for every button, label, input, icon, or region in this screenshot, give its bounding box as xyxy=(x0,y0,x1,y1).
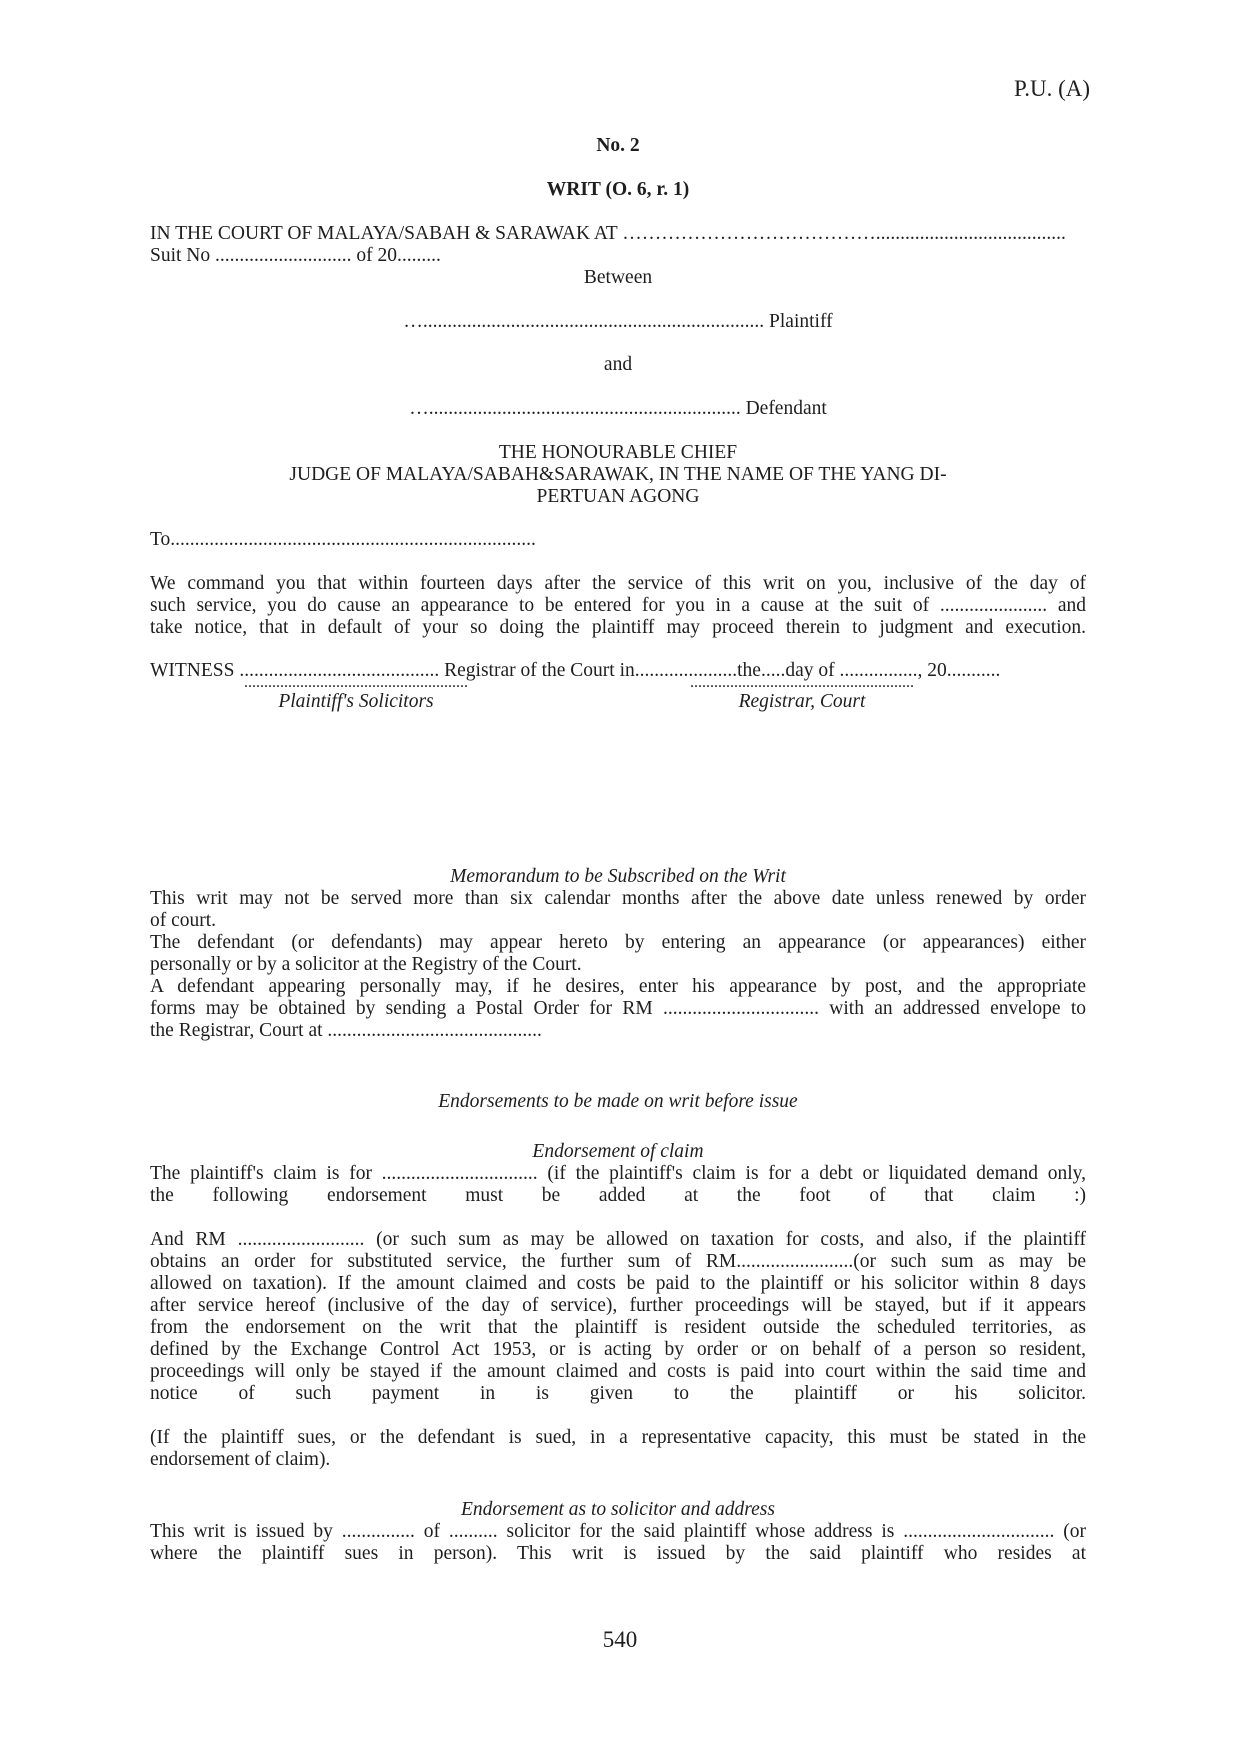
to-line: To......................................… xyxy=(150,528,1086,553)
document-page: P.U. (A) No. 2 WRIT (O. 6, r. 1) IN THE … xyxy=(0,0,1240,1755)
between-label: Between xyxy=(150,266,1086,291)
defendant-line: ….......................................… xyxy=(150,397,1086,422)
signature-dots: ........................................… xyxy=(662,676,942,690)
authority-line-2: JUDGE OF MALAYA/SABAH&SARAWAK, IN THE NA… xyxy=(150,463,1086,488)
authority-line-1: THE HONOURABLE CHIEF xyxy=(150,441,1086,466)
authority-line-3: PERTUAN AGONG xyxy=(150,485,1086,510)
solicitor-endorsement-heading: Endorsement as to solicitor and address xyxy=(150,1498,1086,1523)
gazette-reference: P.U. (A) xyxy=(1014,76,1090,102)
and-label: and xyxy=(150,353,1086,378)
endorsement-of-claim-heading: Endorsement of claim xyxy=(150,1140,1086,1165)
signature-label: Registrar, Court xyxy=(662,690,942,714)
court-line: IN THE COURT OF MALAYA/SABAH & SARAWAK A… xyxy=(150,222,1086,247)
page-number: 540 xyxy=(0,1627,1240,1653)
suit-line: Suit No ............................ of … xyxy=(150,244,1086,269)
registrar-signature: ........................................… xyxy=(662,676,942,714)
plaintiff-line: ….......................................… xyxy=(150,310,1086,335)
signature-label: Plaintiff's Solicitors xyxy=(216,690,496,714)
signature-dots: ........................................… xyxy=(216,676,496,690)
form-number: No. 2 xyxy=(150,134,1086,159)
form-title: WRIT (O. 6, r. 1) xyxy=(150,178,1086,203)
memorandum-heading: Memorandum to be Subscribed on the Writ xyxy=(150,865,1086,890)
endorsements-heading: Endorsements to be made on writ before i… xyxy=(150,1090,1086,1115)
plaintiffs-solicitors-signature: ........................................… xyxy=(216,676,496,714)
